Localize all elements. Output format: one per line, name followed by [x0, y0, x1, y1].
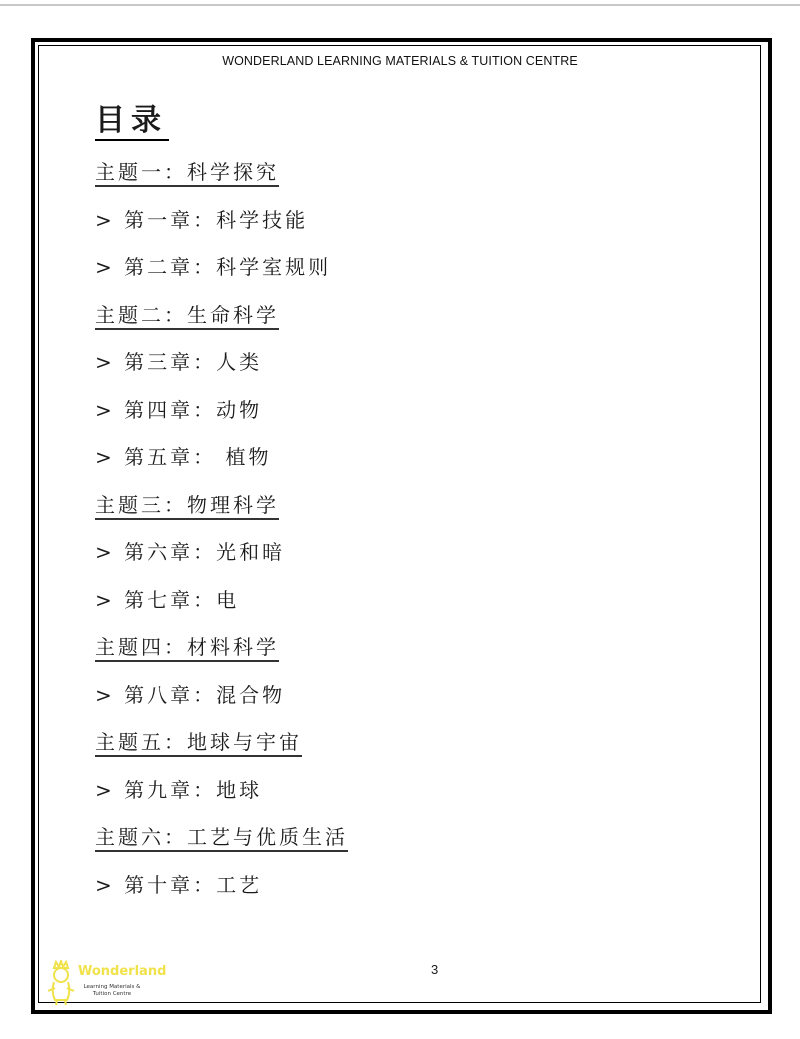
toc-chapter-4: > 第四章：动物 — [95, 392, 695, 440]
toc-chapter-9: > 第九章：地球 — [95, 772, 695, 820]
toc-chapter-8: > 第八章：混合物 — [95, 677, 695, 725]
viewer-top-divider — [0, 4, 800, 6]
table-of-contents: 主题一：科学探究 > 第一章：科学技能 > 第二章：科学室规则 主题二：生命科学… — [95, 154, 695, 914]
page-number: 3 — [431, 962, 438, 977]
toc-chapter-1: > 第一章：科学技能 — [95, 202, 695, 250]
toc-theme-2: 主题二：生命科学 — [95, 297, 695, 345]
toc-chapter-10: > 第十章：工艺 — [95, 867, 695, 915]
wonderland-logo: Wonderland Learning Materials & Tuition … — [45, 960, 165, 1005]
logo-subtitle: Learning Materials & Tuition Centre — [81, 984, 143, 998]
page-header: WONDERLAND LEARNING MATERIALS & TUITION … — [0, 54, 800, 68]
page-title: 目录 — [95, 103, 169, 141]
toc-theme-4: 主题四：材料科学 — [95, 629, 695, 677]
toc-chapter-6: > 第六章：光和暗 — [95, 534, 695, 582]
toc-chapter-7: > 第七章：电 — [95, 582, 695, 630]
toc-theme-5: 主题五：地球与宇宙 — [95, 724, 695, 772]
toc-chapter-2: > 第二章：科学室规则 — [95, 249, 695, 297]
toc-theme-1: 主题一：科学探究 — [95, 154, 695, 202]
toc-theme-3: 主题三：物理科学 — [95, 487, 695, 535]
toc-chapter-3: > 第三章：人类 — [95, 344, 695, 392]
logo-name: Wonderland — [78, 964, 166, 979]
toc-chapter-5: > 第五章： 植物 — [95, 439, 695, 487]
mascot-icon — [45, 960, 77, 1006]
toc-theme-6: 主题六：工艺与优质生活 — [95, 819, 695, 867]
